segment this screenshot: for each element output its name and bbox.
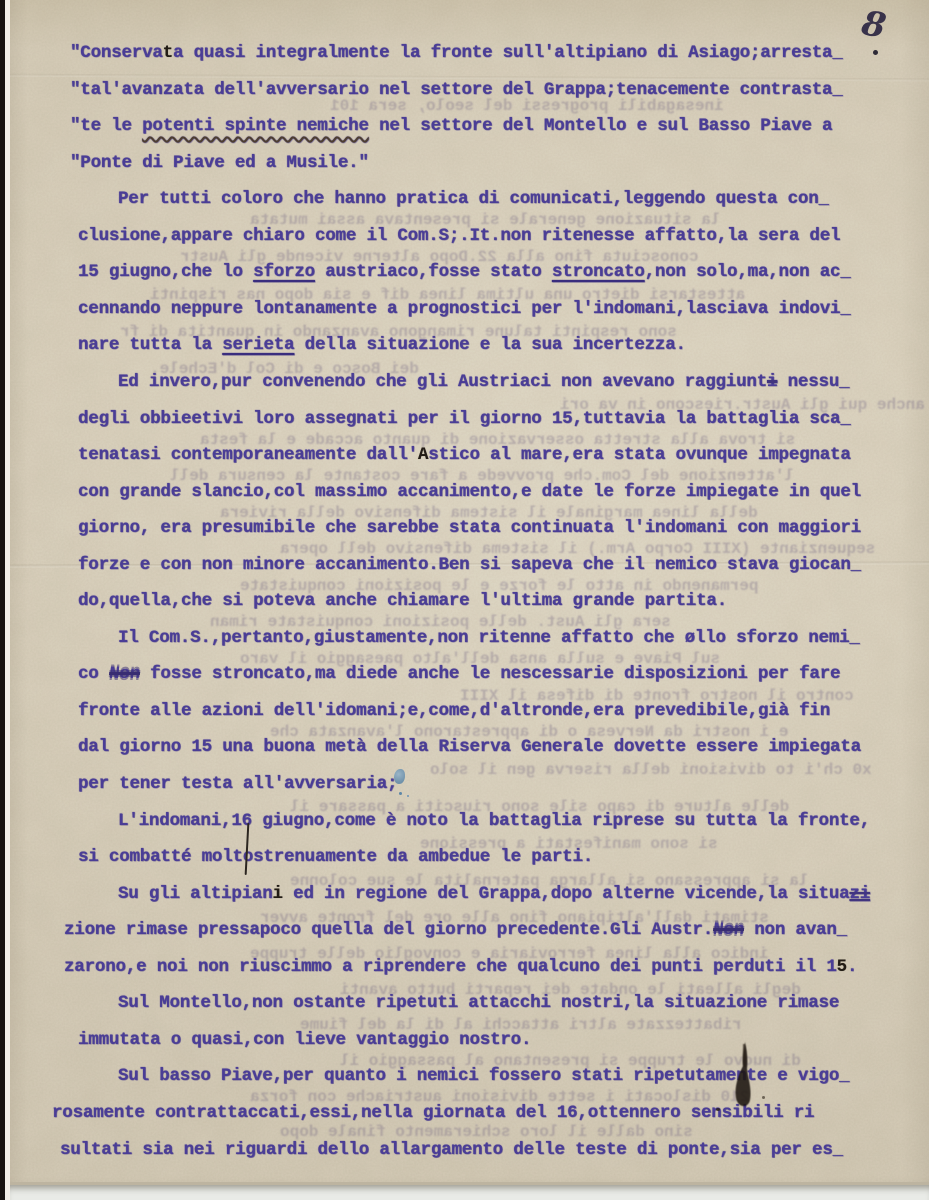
typed-segment: della situazione e la sua incertezza. (294, 335, 685, 355)
typed-segment: rosamente contrattaccati,essi,nella gior… (52, 1103, 814, 1123)
typed-segment: nessu_ (777, 372, 849, 392)
typed-line: "te le potenti spinte nemiche nel settor… (70, 116, 832, 137)
ink-blot (729, 1042, 759, 1114)
typed-line: zione rimase pressapoco quella del giorn… (64, 920, 847, 941)
typed-segment: Ed invero,pur convenendo che gli Austria… (118, 372, 767, 392)
typed-segment: "Conserva (70, 43, 163, 63)
typed-line: Ed invero,pur convenendo che gli Austria… (118, 372, 849, 393)
typed-segment: 15 giugno,che lo (78, 262, 253, 282)
typed-segment: dal giorno 15 una buona metà della Riser… (78, 737, 861, 757)
page-number-dot (873, 50, 878, 55)
typed-segment: L'indomani,16 giugno,come è noto la batt… (118, 811, 870, 831)
typed-line: fronte alle azioni dell'idomani;e,come,d… (78, 701, 830, 722)
typed-line: dal giorno 15 una buona metà della Riser… (78, 737, 861, 758)
typed-segment-xx: Non (712, 920, 745, 941)
typed-text-body: "Conservata quasi integralmente la front… (0, 0, 929, 1200)
typed-line: clusione,appare chiaro come il Com.S;.It… (78, 226, 840, 247)
typed-line: nare tutta la serieta della situazione e… (78, 335, 686, 356)
typed-line: immutata o quasi,con lieve vantaggio nos… (78, 1030, 531, 1051)
typed-segment: ed in regione del Grappa,dopo alterne vi… (283, 884, 850, 904)
typed-line: Per tutti coloro che hanno pratica di co… (118, 189, 829, 210)
blue-ink-dot (399, 792, 402, 795)
typed-line: giorno, era presumibile che sarebbe stat… (78, 518, 861, 539)
scan-background-strip (10, 1185, 929, 1200)
typed-segment-u: stroncato (552, 262, 645, 282)
typed-segment: Il Com.S.,pertanto,giustamente,non riten… (118, 628, 860, 648)
blue-ink-dot (407, 795, 409, 797)
typed-segment: co (78, 664, 109, 684)
typed-segment: non avan_ (744, 920, 847, 940)
typed-line: 15 giugno,che lo sforzo austriaco,fosse … (78, 262, 851, 283)
ink-spatter-dot (716, 1108, 720, 1111)
typed-line: Su gli altipiani ed in regione del Grapp… (118, 884, 870, 905)
typed-segment-pen: A (418, 445, 428, 465)
typed-line: per tener testa all'avversaria; (78, 774, 397, 795)
typed-segment: cennando neppure lontanamente a prognost… (78, 299, 851, 319)
typed-line: "tal'avanzata dell'avversario nel settor… (70, 80, 843, 101)
typed-line: zarono,e noi non riuscimmo a riprendere … (64, 957, 857, 978)
paper-edge-highlight (5, 0, 10, 1200)
typed-segment-pen: i (273, 884, 283, 904)
typed-line: forze e con non minore accanimento.Ben s… (78, 555, 861, 576)
typed-segment: tenatasi contemporaneamente dall' (78, 445, 418, 465)
typed-segment: stico al mare,era stata ovunque impegnat… (428, 445, 850, 465)
typed-segment: giorno, era presumibile che sarebbe stat… (78, 518, 861, 538)
typed-segment: sultati sia nei riguardi dello allargame… (60, 1140, 843, 1160)
typed-segment-wavy: potenti spinte nemiche (142, 116, 369, 136)
typed-segment: Su gli altipian (118, 884, 273, 904)
typed-segment-xu: zi (849, 884, 870, 904)
typed-segment: immutata o quasi,con lieve vantaggio nos… (78, 1030, 531, 1050)
typed-line: Il Com.S.,pertanto,giustamente,non riten… (118, 628, 860, 649)
typed-segment: "Ponte di Piave ed a Musile." (70, 153, 369, 173)
typed-segment: per tener testa all'avversaria; (78, 774, 397, 794)
typed-line: L'indomani,16 giugno,come è noto la batt… (118, 811, 870, 832)
typed-segment: clusione,appare chiaro come il Com.S;.It… (78, 226, 840, 246)
typed-segment-xx: Non (108, 664, 141, 685)
typed-segment: ,non solo,ma,non ac_ (645, 262, 851, 282)
ink-spatter-dot (762, 1096, 765, 1099)
typed-line: cennando neppure lontanamente a prognost… (78, 299, 851, 320)
typed-segment: fosse stroncato,ma diede anche le nesces… (140, 664, 841, 684)
typed-segment: forze e con non minore accanimento.Ben s… (78, 555, 861, 575)
typed-segment-pen: 5 (837, 957, 847, 977)
scanned-document: inesagabili progressi del seolo, sera 10… (0, 0, 929, 1200)
typed-segment-u: sforzo (253, 262, 315, 282)
typed-segment: fronte alle azioni dell'idomani;e,come,d… (78, 701, 830, 721)
typed-segment: Sul Montello,non ostante ripetuti attacc… (118, 993, 839, 1013)
typed-segment: "te le (70, 116, 142, 136)
typed-segment-x: i (767, 372, 777, 392)
typed-segment: nel settore del Montello e sul Basso Pia… (369, 116, 833, 136)
typed-segment: "tal'avanzata dell'avversario nel settor… (70, 80, 843, 100)
typed-line: "Ponte di Piave ed a Musile." (70, 153, 369, 174)
typed-line: rosamente contrattaccati,essi,nella gior… (52, 1103, 814, 1124)
typed-segment: zarono,e noi non riuscimmo a riprendere … (64, 957, 837, 977)
typed-line: con grande slancio,col massimo accanimen… (78, 482, 861, 503)
typed-segment: zione rimase pressapoco quella del giorn… (64, 920, 713, 940)
typed-line: do,quella,che si poteva anche chiamare l… (78, 591, 727, 612)
typed-line: si combatté moltostrenuamente da ambedue… (78, 847, 593, 868)
typed-line: Sul Montello,non ostante ripetuti attacc… (118, 993, 839, 1014)
typed-segment: nare tutta la (78, 335, 222, 355)
typed-line: tenatasi contemporaneamente dall'Astico … (78, 445, 851, 466)
typed-segment: con grande slancio,col massimo accanimen… (78, 482, 861, 502)
typed-segment: austriaco,fosse stato (315, 262, 552, 282)
typed-line: degli obbieetivi loro assegnati per il g… (78, 409, 851, 430)
typed-segment-u: serieta (222, 335, 294, 355)
typed-line: co Non fosse stroncato,ma diede anche le… (78, 664, 840, 685)
typed-segment: degli obbieetivi loro assegnati per il g… (78, 409, 851, 429)
typed-line: sultati sia nei riguardi dello allargame… (60, 1140, 843, 1161)
typed-segment: . (847, 957, 857, 977)
typed-segment: a quasi integralmente la fronte sull'alt… (173, 43, 843, 63)
typed-segment: Per tutti coloro che hanno pratica di co… (118, 189, 829, 209)
typed-segment: do,quella,che si poteva anche chiamare l… (78, 591, 727, 611)
typed-segment-pen: t (163, 43, 173, 63)
typed-segment: si combatté moltostrenuamente da ambedue… (78, 847, 593, 867)
typed-line: "Conservata quasi integralmente la front… (70, 43, 843, 64)
